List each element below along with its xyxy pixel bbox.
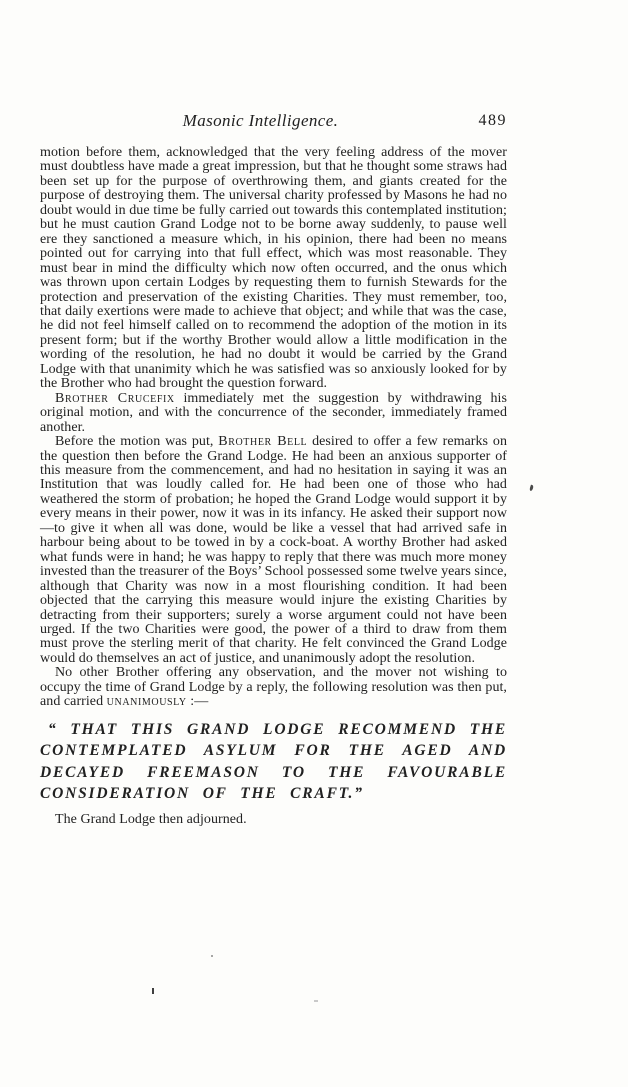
text-segment: :— bbox=[187, 694, 209, 709]
paragraph-resolution: “ THAT THIS GRAND LODGE RECOMMEND THE CO… bbox=[40, 719, 507, 805]
paragraph-indented: Before the motion was put, Brother Bell … bbox=[40, 435, 507, 666]
scan-speck bbox=[152, 988, 154, 994]
smallcaps-name: Brother Crucefix bbox=[55, 391, 175, 406]
page-number: 489 bbox=[479, 112, 508, 130]
smallcaps-name: Brother Bell bbox=[218, 434, 307, 449]
paragraph-continued: motion before them, acknowledged that th… bbox=[40, 146, 507, 392]
article-body: motion before them, acknowledged that th… bbox=[40, 146, 507, 828]
text-segment: motion before them, acknowledged that th… bbox=[40, 145, 507, 391]
paragraph-closing: The Grand Lodge then adjourned. bbox=[40, 813, 507, 827]
text-segment: “ THAT THIS GRAND LODGE RECOMMEND THE CO… bbox=[40, 721, 507, 803]
scan-speck bbox=[211, 955, 213, 957]
paragraph-indented: No other Brother offering any observatio… bbox=[40, 666, 507, 709]
page-header: Masonic Intelligence. 489 bbox=[40, 111, 507, 135]
scan-speck bbox=[314, 1000, 318, 1002]
paragraph-indented: Brother Crucefix immediately met the sug… bbox=[40, 392, 507, 435]
running-title: Masonic Intelligence. bbox=[183, 111, 339, 131]
scan-speck bbox=[529, 485, 534, 492]
scanned-page: Masonic Intelligence. 489 motion before … bbox=[0, 0, 628, 1087]
text-segment: desired to offer a few remarks on the qu… bbox=[40, 434, 507, 666]
text-segment: The Grand Lodge then adjourned. bbox=[55, 812, 247, 827]
smallcaps-name: unanimously bbox=[107, 694, 187, 709]
text-segment: Before the motion was put, bbox=[55, 434, 218, 449]
